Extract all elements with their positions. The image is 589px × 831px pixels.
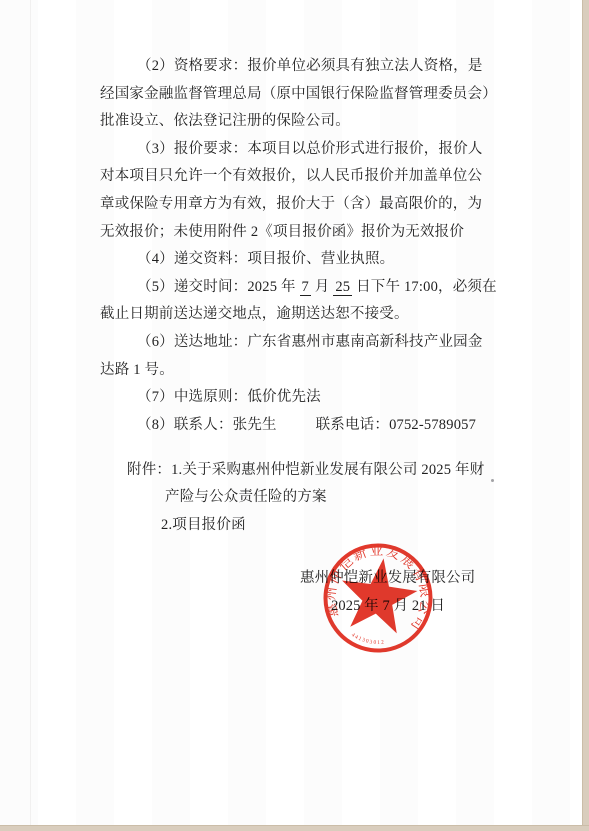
attachment-item-1: 1.关于采购惠州仲恺新业发展有限公司 2025 年财	[171, 462, 484, 478]
underlined-day-value: 25	[333, 279, 352, 296]
paragraph-3-line: （3）报价要求：本项目以总价形式进行报价，报价人	[100, 136, 492, 164]
attachment-item-2: 2.项目报价函	[161, 512, 484, 539]
paragraph-3-line: 对本项目只允许一个有效报价，以人民币报价并加盖单位公	[100, 163, 492, 191]
paragraph-3-line: 章或保险专用章方为有效，报价大于（含）最高限价的，为	[100, 191, 492, 219]
contact-phone-text: 联系电话：0752-5789057	[316, 417, 476, 433]
paragraph-3-line: 无效报价；未使用附件 2《项目报价函》报价为无效报价	[100, 219, 492, 247]
paragraph-5-line: （5）递交时间：2025 年 7 月 25 日下午 17:00，必须在	[100, 274, 492, 302]
paragraph-2-line: 批准设立、依法登记注册的保险公司。	[100, 108, 492, 136]
paragraph-8-line: （8）联系人：张先生 联系电话：0752-5789057	[100, 412, 492, 440]
paragraph-4-line: （4）递交资料：项目报价、营业执照。	[100, 246, 492, 274]
attachment-label: 附件：	[127, 462, 171, 478]
paragraph-6-line: 达路 1 号。	[100, 357, 492, 385]
page-left-scan-shadow	[30, 0, 31, 831]
scan-speck	[491, 479, 494, 482]
text-segment: 日下午 17:00，必须在	[356, 279, 497, 295]
paragraph-5-line: 截止日期前送达递交地点，逾期送达恕不接受。	[100, 301, 492, 329]
underlined-month-value: 7	[300, 279, 311, 296]
attachment-list: 附件：1.关于采购惠州仲恺新业发展有限公司 2025 年财 产险与公众责任险的方…	[127, 457, 484, 539]
text-segment: （5）递交时间：2025 年	[137, 279, 296, 295]
scanned-document-page: （2）资格要求：报价单位必须具有独立法人资格，是 经国家金融监督管理总局（原中国…	[0, 0, 589, 831]
scanner-background-bottom	[0, 825, 589, 831]
scanner-background-right	[582, 0, 589, 831]
paragraph-6-line: （6）送达地址：广东省惠州市惠南高新科技产业园金	[100, 329, 492, 357]
paragraph-7-line: （7）中选原则：低价优先法	[100, 384, 492, 412]
attachment-line: 附件：1.关于采购惠州仲恺新业发展有限公司 2025 年财	[127, 457, 484, 484]
text-segment: 月	[315, 279, 330, 295]
paragraph-2-line: 经国家金融监督管理总局（原中国银行保险监督管理委员会）	[100, 81, 492, 109]
company-seal: 惠州仲恺新业发展有限公司 441303012	[308, 528, 448, 668]
notice-body: （2）资格要求：报价单位必须具有独立法人资格，是 经国家金融监督管理总局（原中国…	[100, 53, 492, 439]
contact-person-text: （8）联系人：张先生	[137, 417, 277, 433]
paragraph-2-line: （2）资格要求：报价单位必须具有独立法人资格，是	[100, 53, 492, 81]
attachment-item-1-continuation: 产险与公众责任险的方案	[165, 484, 484, 511]
